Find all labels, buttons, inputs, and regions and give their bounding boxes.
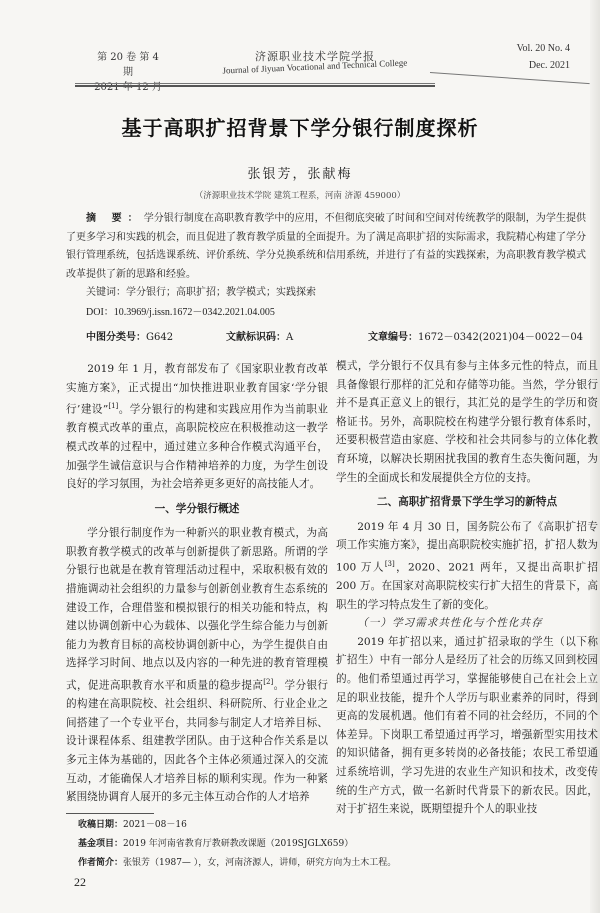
clc-value: G642 bbox=[146, 332, 173, 343]
paragraph: 2019 年 1 月，教育部发布了《国家职业教育改革实施方案》，正式提出“加快推… bbox=[66, 360, 328, 494]
bio-label: 作者简介： bbox=[78, 858, 123, 868]
body-column-left: 2019 年 1 月，教育部发布了《国家职业教育改革实施方案》，正式提出“加快推… bbox=[66, 360, 328, 807]
paragraph: 2019 年扩招以来，通过扩招录取的学生（以下称扩招生）中有一部分人是经历了社会… bbox=[336, 633, 598, 819]
paragraph: 2019 年 4 月 30 日，国务院公布了《高职扩招专项工作实施方案》，提出高… bbox=[336, 518, 598, 615]
article-no-value: 1672－0342(2021)04－0022－04 bbox=[418, 332, 583, 343]
header-rule bbox=[75, 83, 435, 87]
section-heading-1: 一、学分银行概述 bbox=[66, 500, 328, 519]
body-column-right: 模式，学分银行不仅具有参与主体多元性的特点，而且具备像银行那样的汇兑和存储等功能… bbox=[336, 357, 598, 819]
citation-ref: [1] bbox=[108, 402, 118, 410]
doc-code-label: 文献标识码： bbox=[226, 332, 286, 343]
page-number: 22 bbox=[74, 875, 86, 890]
paragraph: 模式，学分银行不仅具有参与主体多元性的特点，而且具备像银行那样的汇兑和存储等功能… bbox=[336, 357, 598, 487]
header-issue-en: Vol. 20 No. 4 Dec. 2021 bbox=[490, 40, 570, 74]
paragraph-text: 学分银行制度作为一种新兴的职业教育模式，为高职教育教学模式的改革与创新提供了新思… bbox=[66, 527, 328, 691]
doi: DOI：10.3969/j.issn.1672－0342.2021.04.005 bbox=[86, 305, 275, 321]
article-authors: 张银芳，张献梅 bbox=[0, 163, 600, 182]
paragraph-text: 。学分银行的构建和实践应用作为当前职业教育模式改革的重点，高职院校应在积极推动这… bbox=[66, 404, 328, 490]
header-journal: 济源职业技术学院学报 Journal of Jiyuan Vocational … bbox=[190, 48, 440, 77]
footnotes: 收稿日期：2021－08－16 基金项目：2019 年河南省教育厅教研教改课题（… bbox=[78, 816, 396, 873]
author-affiliation: （济源职业技术学院 建筑工程系，河南 济源 459000） bbox=[0, 189, 600, 201]
article-no-label: 文章编号： bbox=[368, 332, 418, 343]
received-date: 收稿日期：2021－08－16 bbox=[78, 816, 396, 835]
clc-number: 中图分类号：G642 bbox=[86, 328, 173, 343]
abstract-label: 摘 要： bbox=[86, 213, 144, 224]
date-en: Dec. 2021 bbox=[490, 57, 570, 74]
fund-label: 基金项目： bbox=[78, 839, 123, 849]
fund-value: 2019 年河南省教育厅教研教改课题（2019SJGLX659） bbox=[123, 839, 353, 849]
keywords-label: 关键词： bbox=[86, 287, 126, 298]
received-value: 2021－08－16 bbox=[123, 820, 187, 830]
citation-ref: [3] bbox=[385, 560, 395, 568]
received-label: 收稿日期： bbox=[78, 820, 123, 830]
bio-value: 张银芳（1987— ），女，河南济源人，讲师，研究方向为土木工程。 bbox=[123, 858, 396, 868]
author-bio: 作者简介：张银芳（1987— ），女，河南济源人，讲师，研究方向为土木工程。 bbox=[78, 854, 396, 873]
clc-label: 中图分类号： bbox=[86, 332, 146, 343]
paragraph: 学分银行制度作为一种新兴的职业教育模式，为高职教育教学模式的改革与创新提供了新思… bbox=[66, 524, 328, 806]
keywords-text: 学分银行；高职扩招；教学模式；实践探索 bbox=[126, 287, 316, 298]
article-number: 文章编号：1672－0342(2021)04－0022－04 bbox=[368, 328, 583, 343]
journal-page: 第 20 卷 第 4 期 2021 年 12 月 济源职业技术学院学报 Jour… bbox=[0, 0, 600, 913]
fund-project: 基金项目：2019 年河南省教育厅教研教改课题（2019SJGLX659） bbox=[78, 835, 396, 854]
keywords: 关键词：学分银行；高职扩招；教学模式；实践探索 bbox=[86, 285, 316, 301]
doc-code-value: A bbox=[286, 332, 293, 343]
citation-ref: [2] bbox=[263, 678, 273, 686]
subsection-heading-1: （一）学习需求共性化与个性化共存 bbox=[336, 614, 598, 633]
article-title: 基于高职扩招背景下学分银行制度探析 bbox=[0, 112, 600, 141]
abstract: 摘 要：学分银行制度在高职教育教学中的应用，不但彻底突破了时间和空间对传统教学的… bbox=[66, 210, 586, 284]
document-code: 文献标识码：A bbox=[226, 328, 293, 343]
footnote-divider bbox=[66, 813, 154, 814]
abstract-text: 学分银行制度在高职教育教学中的应用，不但彻底突破了时间和空间对传统教学的限制，为… bbox=[66, 213, 586, 280]
volume-issue-cn: 第 20 卷 第 4 期 bbox=[92, 50, 164, 80]
paragraph-text: 。学分银行的构建在高职院校、社会组织、科研院所、行业企业之间搭建了一个专业平台，… bbox=[66, 680, 328, 804]
section-heading-2: 二、高职扩招背景下学生学习的新特点 bbox=[336, 493, 598, 512]
header-issue-cn: 第 20 卷 第 4 期 2021 年 12 月 bbox=[92, 50, 164, 95]
volume-issue-en: Vol. 20 No. 4 bbox=[490, 40, 570, 57]
